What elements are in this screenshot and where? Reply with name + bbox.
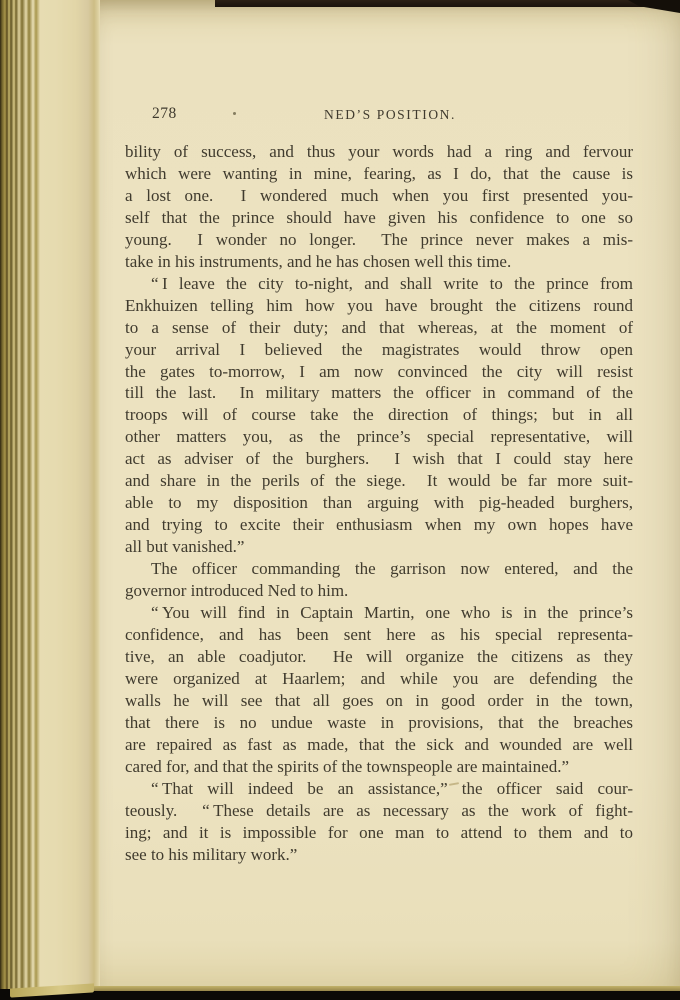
text-line: are repaired as fast as made, that the s…: [125, 734, 633, 756]
text-line: tive, an able coadjutor. He will organiz…: [125, 646, 633, 668]
body-text: bility of success, and thus your words h…: [125, 141, 633, 865]
paragraph: bility of success, and thus your words h…: [125, 141, 633, 273]
text-line: to a sense of their duty; and that where…: [125, 317, 633, 339]
text-line: and trying to excite their enthusiasm wh…: [125, 514, 633, 536]
text-line: governor introduced Ned to him.: [125, 580, 633, 602]
text-line: troops will of course take the direction…: [125, 404, 633, 426]
text-line: your arrival I believed the magistrates …: [125, 339, 633, 361]
text-line: cared for, and that the spirits of the t…: [125, 756, 633, 778]
text-line: self that the prince should have given h…: [125, 207, 633, 229]
scanned-book-photo: 278 NED’S POSITION. bility of success, a…: [0, 0, 680, 1000]
text-line: that there is no undue waste in provisio…: [125, 712, 633, 734]
text-line: able to my disposition than arguing with…: [125, 492, 633, 514]
text-line: act as adviser of the burghers. I wish t…: [125, 448, 633, 470]
text-line: a lost one. I wondered much when you fir…: [125, 185, 633, 207]
text-line: “ That will indeed be an assistance,” th…: [125, 778, 633, 800]
text-line: teously. “ These details are as necessar…: [125, 800, 633, 822]
text-line: The officer commanding the garrison now …: [125, 558, 633, 580]
text-line: take in his instruments, and he has chos…: [125, 251, 633, 273]
text-line: were organized at Haarlem; and while you…: [125, 668, 633, 690]
text-line: walls he will see that all goes on in go…: [125, 690, 633, 712]
ink-speck: [233, 112, 236, 115]
paragraph: “ I leave the city to-night, and shall w…: [125, 273, 633, 558]
text-line: till the last. In military matters the o…: [125, 382, 633, 404]
text-line: “ I leave the city to-night, and shall w…: [125, 273, 633, 295]
text-line: all but vanished.”: [125, 536, 633, 558]
text-line: see to his military work.”: [125, 844, 633, 866]
paragraph: “ That will indeed be an assistance,” th…: [125, 778, 633, 866]
page-bottom-gilt-edge: [90, 986, 680, 991]
text-line: which were wanting in mine, fearing, as …: [125, 163, 633, 185]
text-line: bility of success, and thus your words h…: [125, 141, 633, 163]
photo-top-shadow: [215, 0, 680, 7]
running-header: NED’S POSITION.: [136, 107, 644, 123]
text-line: Enkhuizen telling him how you have broug…: [125, 295, 633, 317]
text-line: young. I wonder no longer. The prince ne…: [125, 229, 633, 251]
text-line: the gates to-morrow, I am now convinced …: [125, 361, 633, 383]
page-header: 278 NED’S POSITION.: [125, 105, 633, 127]
book-page-edges: [0, 0, 100, 990]
text-line: ing; and it is impossible for one man to…: [125, 822, 633, 844]
paragraph: “ You will find in Captain Martin, one w…: [125, 602, 633, 778]
paragraph: The officer commanding the garrison now …: [125, 558, 633, 602]
text-line: “ You will find in Captain Martin, one w…: [125, 602, 633, 624]
text-line: and share in the perils of the siege. It…: [125, 470, 633, 492]
text-line: other matters you, as the prince’s speci…: [125, 426, 633, 448]
text-line: confidence, and has been sent here as hi…: [125, 624, 633, 646]
book-page: 278 NED’S POSITION. bility of success, a…: [100, 0, 680, 989]
